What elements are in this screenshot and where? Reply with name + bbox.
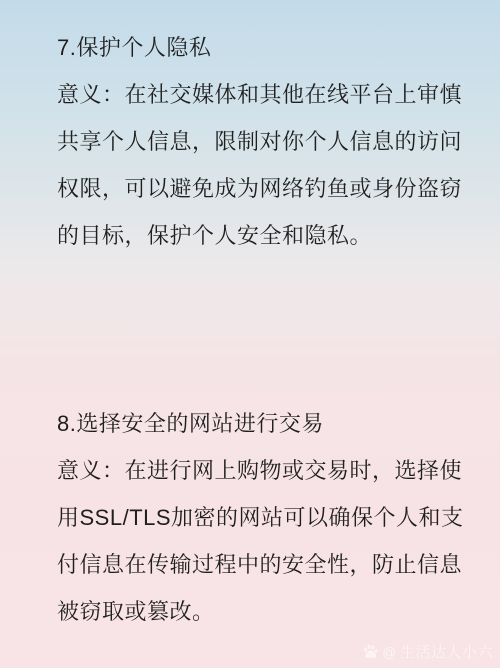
tip-7-body-line: 的目标，保护个人安全和隐私。: [57, 212, 470, 259]
tip-section-8: 8.选择安全的网站进行交易 意义：在进行网上购物或交易时，选择使 用SSL/TL…: [57, 400, 470, 635]
watermark: @ 生活达人小六: [362, 641, 493, 662]
tip-8-body-line: 被窃取或篡改。: [57, 588, 470, 635]
tip-7-body-line: 意义：在社交媒体和其他在线平台上审慎: [57, 71, 470, 118]
tip-8-body-line: 用SSL/TLS加密的网站可以确保个人和支: [57, 494, 470, 541]
note-card: 7.保护个人隐私 意义：在社交媒体和其他在线平台上审慎 共享个人信息，限制对你个…: [0, 0, 500, 668]
baidu-paw-icon: [362, 643, 379, 660]
tip-8-body-line: 付信息在传输过程中的安全性，防止信息: [57, 541, 470, 588]
tip-8-heading: 8.选择安全的网站进行交易: [57, 400, 470, 447]
tip-7-body-line: 权限，可以避免成为网络钓鱼或身份盗窃: [57, 165, 470, 212]
tip-7-body-line: 共享个人信息，限制对你个人信息的访问: [57, 118, 470, 165]
tip-section-7: 7.保护个人隐私 意义：在社交媒体和其他在线平台上审慎 共享个人信息，限制对你个…: [57, 24, 470, 259]
tip-8-body-line: 意义：在进行网上购物或交易时，选择使: [57, 447, 470, 494]
watermark-handle: 生活达人小六: [400, 641, 493, 662]
watermark-at-icon: @: [382, 644, 397, 660]
tip-7-heading: 7.保护个人隐私: [57, 24, 470, 71]
